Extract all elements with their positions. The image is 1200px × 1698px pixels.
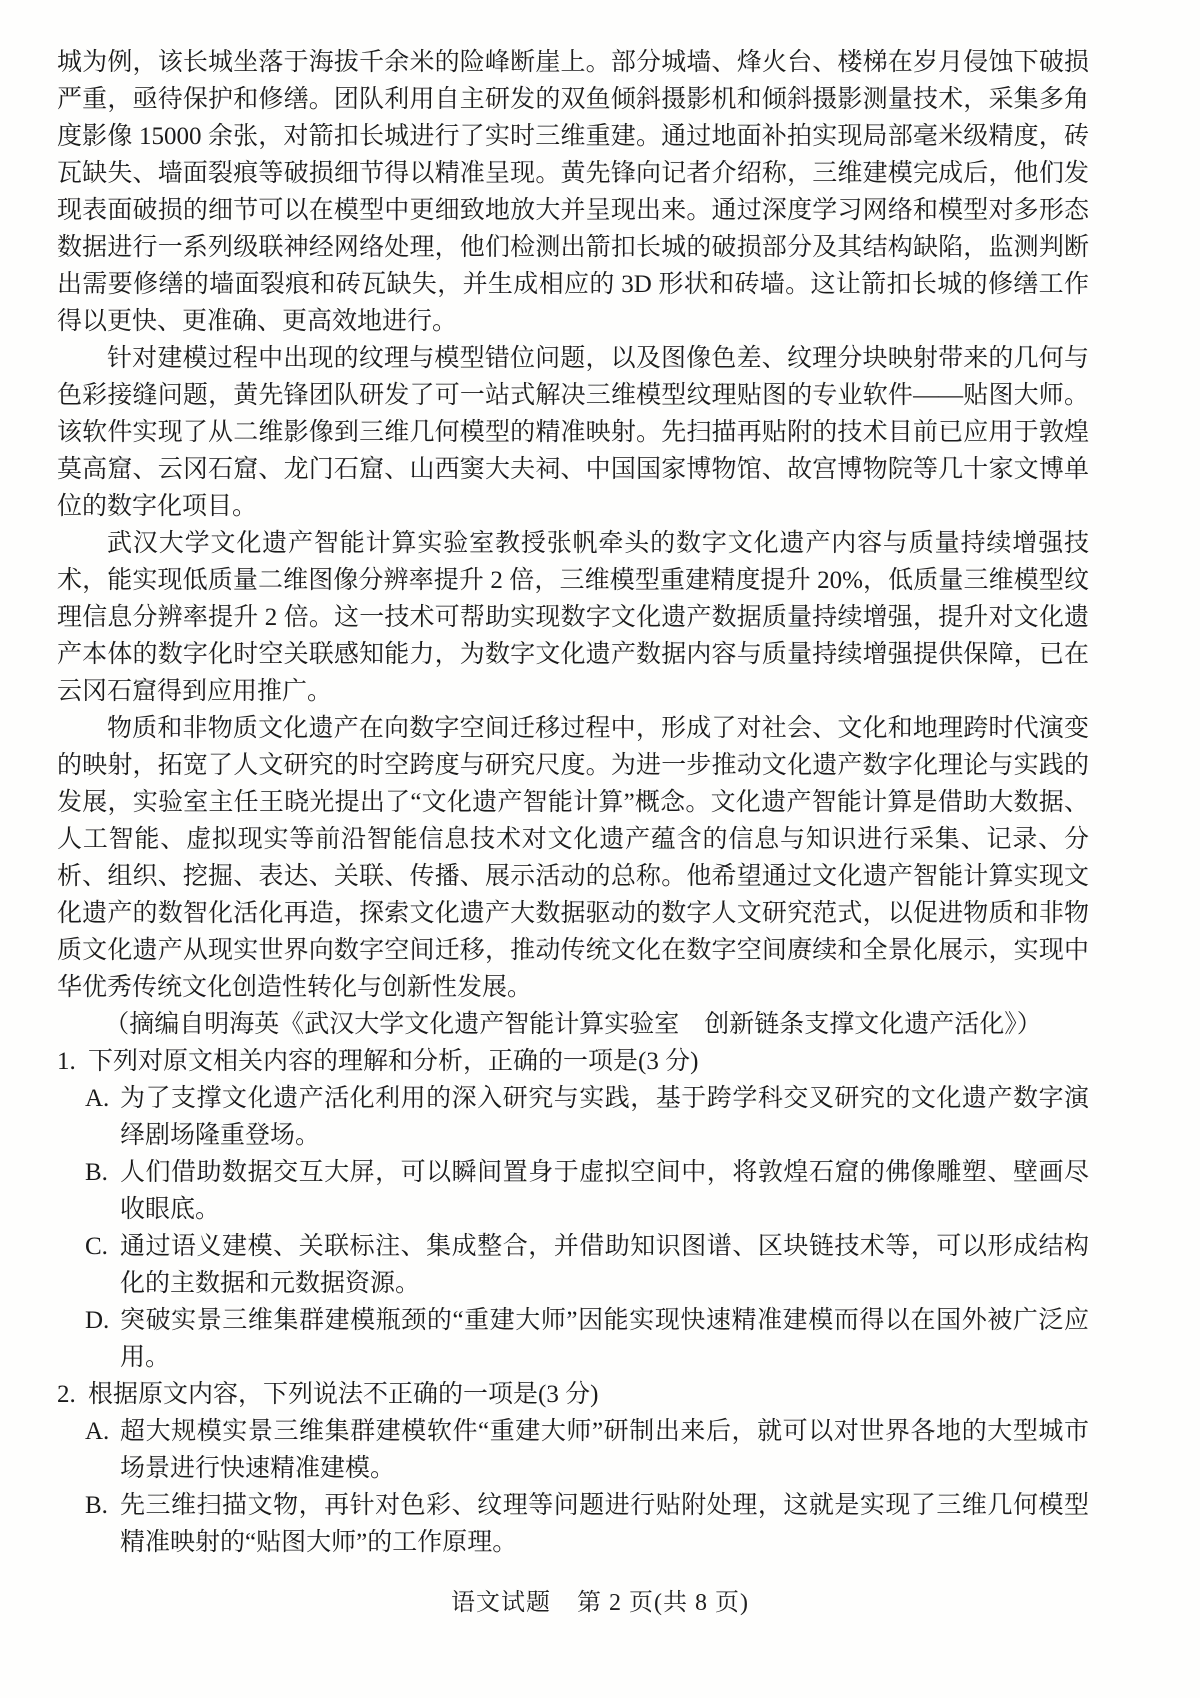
question-1: 1. 下列对原文相关内容的理解和分析，正确的一项是(3 分) A. 为了支撑文化…	[57, 1043, 1089, 1376]
passage-paragraph-1: 城为例，该长城坐落于海拔千余米的险峰断崖上。部分城墙、烽火台、楼梯在岁月侵蚀下破…	[57, 44, 1089, 340]
option-d-text: 突破实景三维集群建模瓶颈的“重建大师”因能实现快速精准建模而得以在国外被广泛应用…	[120, 1307, 1089, 1371]
option-c-text: 通过语义建模、关联标注、集成整合，并借助知识图谱、区块链技术等，可以形成结构化的…	[120, 1233, 1089, 1297]
question-2-option-a: A. 超大规模实景三维集群建模软件“重建大师”研制出来后，就可以对世界各地的大型…	[85, 1413, 1089, 1487]
passage-paragraph-4: 物质和非物质文化遗产在向数字空间迁移过程中，形成了对社会、文化和地理跨时代演变的…	[57, 710, 1089, 1006]
question-1-number: 1.	[57, 1043, 76, 1080]
question-1-option-d: D. 突破实景三维集群建模瓶颈的“重建大师”因能实现快速精准建模而得以在国外被广…	[85, 1302, 1089, 1376]
option-b-label: B.	[85, 1487, 108, 1524]
question-1-stem: 1. 下列对原文相关内容的理解和分析，正确的一项是(3 分)	[57, 1043, 1089, 1080]
option-a-label: A.	[85, 1080, 109, 1117]
option-b-text: 人们借助数据交互大屏，可以瞬间置身于虚拟空间中，将敦煌石窟的佛像雕塑、壁画尽收眼…	[120, 1159, 1089, 1223]
reading-passage: 城为例，该长城坐落于海拔千余米的险峰断崖上。部分城墙、烽火台、楼梯在岁月侵蚀下破…	[57, 44, 1089, 1043]
page-footer: 语文试题第 2 页(共 8 页)	[0, 1586, 1200, 1620]
option-b-label: B.	[85, 1154, 108, 1191]
question-2: 2. 根据原文内容，下列说法不正确的一项是(3 分) A. 超大规模实景三维集群…	[57, 1376, 1089, 1561]
passage-paragraph-2: 针对建模过程中出现的纹理与模型错位问题，以及图像色差、纹理分块映射带来的几何与色…	[57, 340, 1089, 525]
question-1-option-a: A. 为了支撑文化遗产活化利用的深入研究与实践，基于跨学科交叉研究的文化遗产数字…	[85, 1080, 1089, 1154]
option-a-text: 为了支撑文化遗产活化利用的深入研究与实践，基于跨学科交叉研究的文化遗产数字演绎剧…	[120, 1085, 1089, 1149]
option-c-label: C.	[85, 1228, 108, 1265]
question-2-option-b: B. 先三维扫描文物，再针对色彩、纹理等问题进行贴附处理，这就是实现了三维几何模…	[85, 1487, 1089, 1561]
questions-section: 1. 下列对原文相关内容的理解和分析，正确的一项是(3 分) A. 为了支撑文化…	[57, 1043, 1089, 1561]
question-1-option-c: C. 通过语义建模、关联标注、集成整合，并借助知识图谱、区块链技术等，可以形成结…	[85, 1228, 1089, 1302]
question-1-stem-text: 下列对原文相关内容的理解和分析，正确的一项是(3 分)	[88, 1048, 698, 1075]
option-a-label: A.	[85, 1413, 109, 1450]
page-content: 城为例，该长城坐落于海拔千余米的险峰断崖上。部分城墙、烽火台、楼梯在岁月侵蚀下破…	[57, 44, 1089, 1561]
question-2-stem: 2. 根据原文内容，下列说法不正确的一项是(3 分)	[57, 1376, 1089, 1413]
question-1-option-b: B. 人们借助数据交互大屏，可以瞬间置身于虚拟空间中，将敦煌石窟的佛像雕塑、壁画…	[85, 1154, 1089, 1228]
question-2-stem-text: 根据原文内容，下列说法不正确的一项是(3 分)	[88, 1381, 598, 1408]
option-d-label: D.	[85, 1302, 109, 1339]
exam-page: 城为例，该长城坐落于海拔千余米的险峰断崖上。部分城墙、烽火台、楼梯在岁月侵蚀下破…	[0, 0, 1200, 1698]
footer-page-number: 第 2 页(共 8 页)	[577, 1590, 749, 1616]
passage-paragraph-3: 武汉大学文化遗产智能计算实验室教授张帆牵头的数字文化遗产内容与质量持续增强技术，…	[57, 525, 1089, 710]
option-a-text: 超大规模实景三维集群建模软件“重建大师”研制出来后，就可以对世界各地的大型城市场…	[120, 1418, 1089, 1482]
option-b-text: 先三维扫描文物，再针对色彩、纹理等问题进行贴附处理，这就是实现了三维几何模型精准…	[120, 1492, 1089, 1556]
question-2-number: 2.	[57, 1376, 76, 1413]
footer-exam-name: 语文试题	[451, 1590, 551, 1616]
passage-attribution: （摘编自明海英《武汉大学文化遗产智能计算实验室 创新链条支撑文化遗产活化》）	[57, 1006, 1089, 1043]
